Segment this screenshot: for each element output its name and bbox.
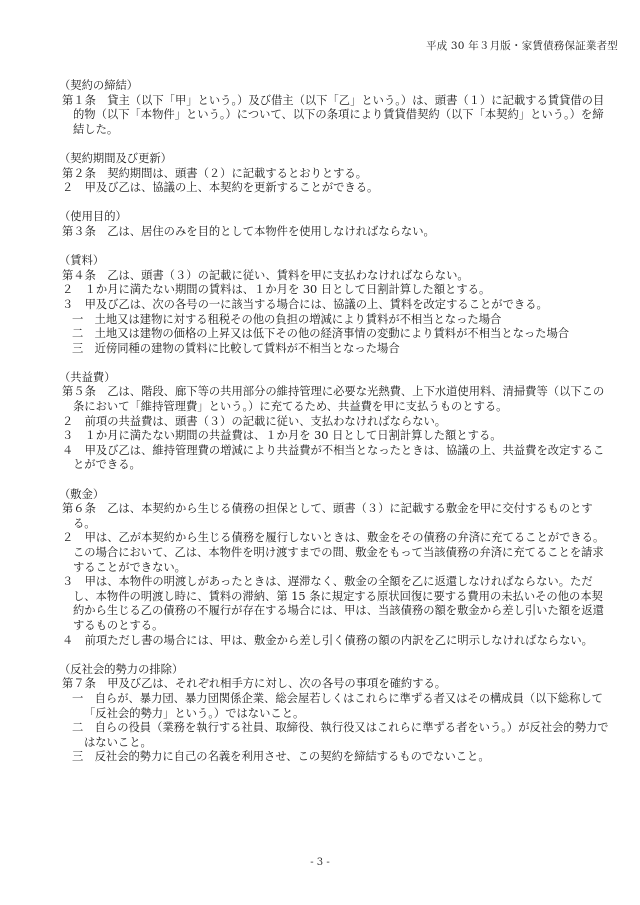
section-article-2: （契約期間及び更新） 第２条 契約期間は、頭書（２）に記載するとおりとする。 ２… — [62, 152, 610, 196]
article-caption: （契約期間及び更新） — [59, 152, 610, 167]
article-paragraph: ３ 甲及び乙は、次の各号の一に該当する場合には、協議の上、賃料を改定することがで… — [62, 298, 610, 313]
article-text: 第５条 乙は、階段、廊下等の共用部分の維持管理に必要な光熱費、上下水道使用料、清… — [62, 385, 610, 414]
article-paragraph: ４ 甲及び乙は、維持管理費の増減により共益費が不相当となったときは、協議の上、共… — [62, 444, 610, 473]
section-article-5: （共益費） 第５条 乙は、階段、廊下等の共用部分の維持管理に必要な光熱費、上下水… — [62, 371, 610, 473]
article-caption: （使用目的） — [59, 210, 610, 225]
section-article-1: （契約の締結） 第１条 貸主（以下「甲」という。）及び借主（以下「乙」という。）… — [62, 79, 610, 137]
article-text: 第７条 甲及び乙は、それぞれ相手方に対し、次の各号の事項を確約する。 — [62, 677, 610, 692]
article-item: 一 土地又は建物に対する租税その他の負担の増減により賃料が不相当となった場合 — [62, 313, 610, 328]
section-article-3: （使用目的） 第３条 乙は、居住のみを目的として本物件を使用しなければならない。 — [62, 210, 610, 239]
section-article-6: （敷金） 第６条 乙は、本契約から生じる債務の担保として、頭書（３）に記載する敷… — [62, 488, 610, 649]
article-text: 第１条 貸主（以下「甲」という。）及び借主（以下「乙」という。）は、頭書（１）に… — [62, 94, 610, 138]
article-caption: （敷金） — [59, 488, 610, 503]
article-caption: （共益費） — [59, 371, 610, 386]
section-article-7: （反社会的勢力の排除） 第７条 甲及び乙は、それぞれ相手方に対し、次の各号の事項… — [62, 663, 610, 765]
document-header-edition: 平成 30 年３月版・家賃債務保証業者型 — [426, 38, 618, 53]
article-paragraph: ２ １か月に満たない期間の賃料は、１か月を 30 日として日割計算した額とする。 — [62, 283, 610, 298]
article-paragraph: ２ 甲は、乙が本契約から生じる債務を履行しないときは、敷金をその債務の弁済に充て… — [62, 531, 610, 575]
article-paragraph: ４ 前項ただし書の場合には、甲は、敷金から差し引く債務の額の内訳を乙に明示しなけ… — [62, 634, 610, 649]
article-paragraph: ２ 甲及び乙は、協議の上、本契約を更新することができる。 — [62, 181, 610, 196]
contract-body: （契約の締結） 第１条 貸主（以下「甲」という。）及び借主（以下「乙」という。）… — [62, 79, 610, 780]
article-item: 二 土地又は建物の価格の上昇又は低下その他の経済事情の変動により賃料が不相当とな… — [62, 327, 610, 342]
section-article-4: （賃料） 第４条 乙は、頭書（３）の記載に従い、賃料を甲に支払わなければならない… — [62, 254, 610, 356]
article-caption: （反社会的勢力の排除） — [59, 663, 610, 678]
page-number: - 3 - — [0, 857, 640, 868]
article-item: 三 近傍同種の建物の賃料に比較して賃料が不相当となった場合 — [62, 342, 610, 357]
article-paragraph: ２ 前項の共益費は、頭書（３）の記載に従い、支払わなければならない。 — [62, 415, 610, 430]
article-text: 第４条 乙は、頭書（３）の記載に従い、賃料を甲に支払わなければならない。 — [62, 269, 610, 284]
article-item: 一 自らが、暴力団、暴力団関係企業、総会屋若しくはこれらに準ずる者又はその構成員… — [62, 692, 610, 721]
article-caption: （契約の締結） — [59, 79, 610, 94]
article-text: 第２条 契約期間は、頭書（２）に記載するとおりとする。 — [62, 167, 610, 182]
article-paragraph: ３ 甲は、本物件の明渡しがあったときは、遅滞なく、敷金の全額を乙に返還しなければ… — [62, 575, 610, 633]
article-caption: （賃料） — [59, 254, 610, 269]
article-text: 第３条 乙は、居住のみを目的として本物件を使用しなければならない。 — [62, 225, 610, 240]
article-item: 二 自らの役員（業務を執行する社員、取締役、執行役又はこれらに準ずる者をいう。）… — [62, 721, 610, 750]
article-paragraph: ３ １か月に満たない期間の共益費は、１か月を 30 日として日割計算した額とする… — [62, 429, 610, 444]
article-text: 第６条 乙は、本契約から生じる債務の担保として、頭書（３）に記載する敷金を甲に交… — [62, 502, 610, 531]
article-item: 三 反社会的勢力に自己の名義を利用させ、この契約を締結するものでないこと。 — [62, 750, 610, 765]
